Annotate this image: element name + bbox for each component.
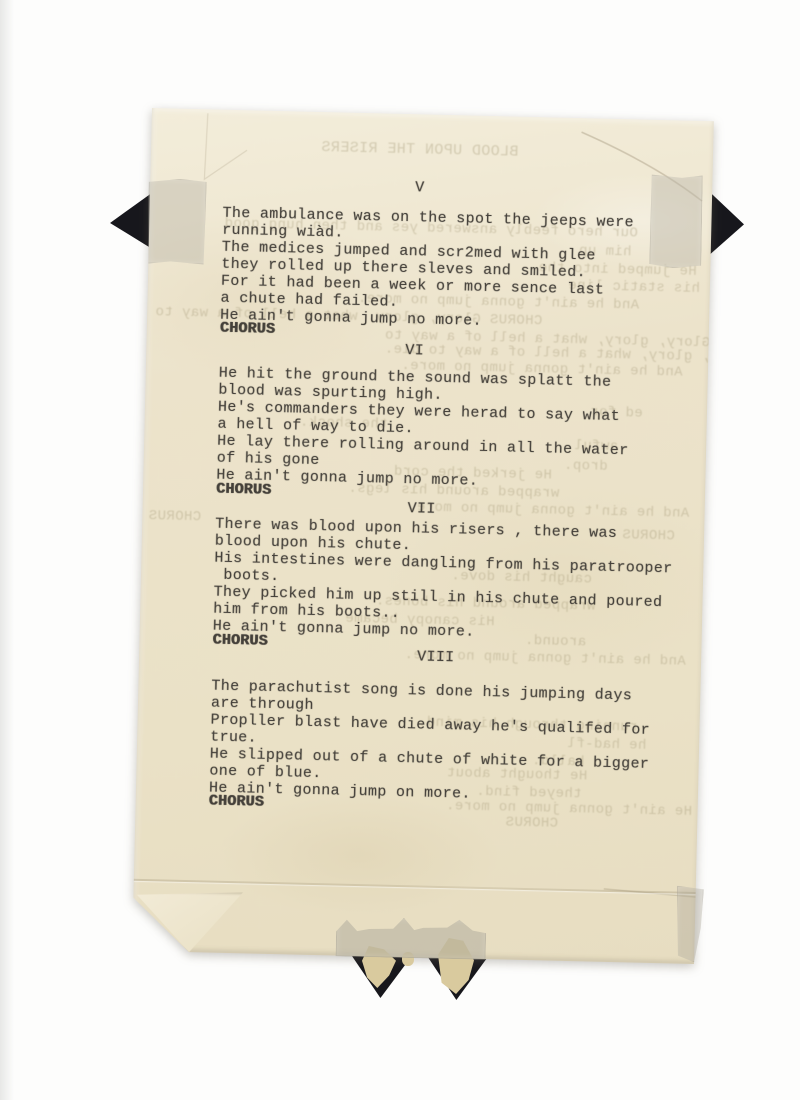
verse-section-viii: VIII The parachutist song is done his ju…	[208, 643, 692, 821]
tape-piece-right	[649, 175, 703, 269]
verse-section-vii: VII There was blood upon his risers , th…	[212, 495, 695, 660]
scanner-edge-shadow	[0, 0, 14, 1100]
verse-section-vi: VI He hit the ground the sound was splat…	[216, 337, 700, 509]
paper-sheet: BLOOD UPON THE RISERSOur hero feebly ans…	[132, 108, 714, 964]
document-page: BLOOD UPON THE RISERSOur hero feebly ans…	[132, 108, 714, 964]
tape-piece-bottom-right	[675, 886, 704, 963]
verse-section-v: V The ambulance was on the spot the jeep…	[220, 174, 704, 348]
section-heading: V	[223, 174, 703, 204]
tape-piece-left	[147, 179, 206, 265]
typewritten-text: V The ambulance was on the spot the jeep…	[132, 108, 714, 964]
scan-background: BLOOD UPON THE RISERSOur hero feebly ans…	[0, 0, 800, 1100]
